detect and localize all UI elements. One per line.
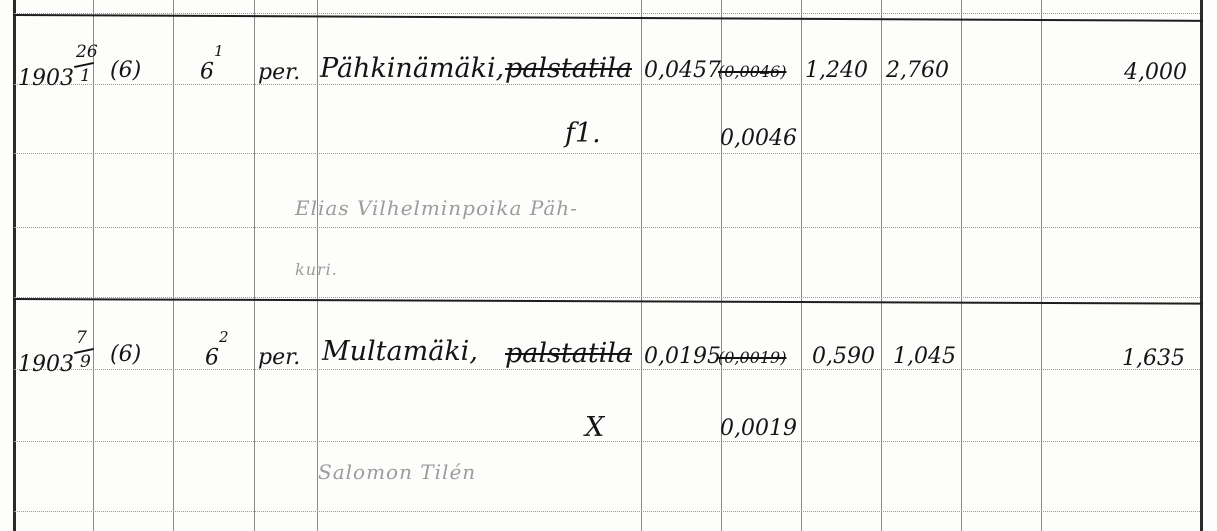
column-rule	[1041, 0, 1042, 531]
column-rule	[1200, 0, 1203, 531]
dotted-line	[14, 13, 1200, 14]
prefix: per.	[258, 347, 300, 369]
ref-cell: (6)	[110, 344, 141, 366]
date-cell: 190379	[18, 346, 96, 376]
column-rule	[641, 0, 642, 531]
owner-name-pencil: Salomon Tilén	[318, 462, 476, 482]
area2-corrected: 0,0046	[720, 128, 797, 150]
column-rule	[881, 0, 882, 531]
parcel-sup: 2	[219, 328, 229, 346]
area-cell: 0,0195	[644, 346, 721, 368]
date-year: 1903	[18, 66, 74, 91]
estate-type-struck: palstatila	[505, 55, 632, 82]
owner-name-pencil: Elias Vilhelminpoika Päh-	[295, 198, 578, 218]
area-cell: 0,0457	[644, 60, 721, 82]
value-a: 1,240	[805, 60, 868, 82]
column-rule	[961, 0, 962, 531]
total-cell: 4,000	[1124, 62, 1187, 84]
dotted-line	[14, 153, 1200, 154]
ref-cell: (6)	[110, 60, 141, 82]
parcel-sup: 1	[214, 42, 224, 60]
parcel-no: 6	[200, 59, 214, 84]
parcel-number: 62	[205, 344, 229, 369]
estate-name: Multamäki,	[322, 338, 478, 365]
date-cell: 1903261	[18, 60, 96, 90]
area2-struck: (0,0019)	[718, 350, 786, 366]
estate-type-struck: palstatila	[505, 340, 632, 367]
area2-corrected: 0,0019	[720, 418, 797, 440]
value-b: 2,760	[886, 60, 949, 82]
parcel-no: 6	[205, 345, 219, 370]
column-rule	[801, 0, 802, 531]
dotted-line	[14, 369, 1200, 370]
dotted-line	[14, 84, 1200, 85]
owner-name-pencil-cont: kuri.	[295, 262, 338, 278]
area2-struck: (0,0046)	[718, 64, 786, 80]
row-separator	[13, 298, 1203, 305]
dotted-line	[14, 297, 1200, 298]
date-month: 9	[80, 354, 91, 371]
row-separator	[13, 14, 1203, 22]
dotted-line	[14, 441, 1200, 442]
ledger-page: 1903261 (6) 61 per. Pähkinämäki, palstat…	[0, 0, 1217, 531]
sub-note: X	[585, 414, 604, 441]
value-a: 0,590	[812, 346, 875, 368]
parcel-number: 61	[200, 58, 224, 83]
prefix: per.	[258, 62, 300, 84]
dotted-line	[14, 227, 1200, 228]
total-cell: 1,635	[1122, 348, 1185, 370]
column-rule	[254, 0, 255, 531]
estate-name: Pähkinämäki,	[320, 55, 504, 82]
dotted-line	[14, 511, 1200, 512]
date-day: 26	[76, 44, 98, 61]
date-month: 1	[80, 68, 91, 85]
column-rule	[173, 0, 174, 531]
value-b: 1,045	[893, 346, 956, 368]
column-rule	[13, 0, 16, 531]
date-fraction: 261	[74, 60, 96, 90]
date-day: 7	[76, 330, 87, 347]
date-fraction: 79	[74, 346, 96, 376]
date-year: 1903	[18, 352, 74, 377]
sub-note: f1.	[565, 120, 601, 147]
